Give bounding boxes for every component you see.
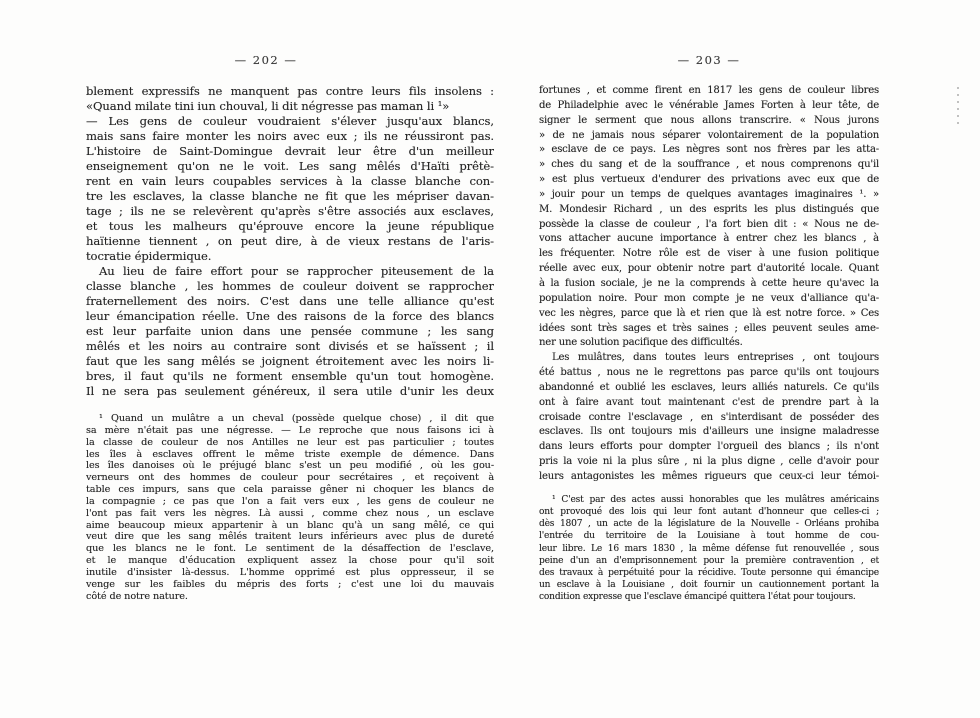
text-line: possède la classe de couleur , l'a fort … <box>539 218 879 233</box>
paragraph: blement expressifs ne manquent pas contr… <box>86 84 494 114</box>
text-line: enseignement qu'on ne le voit. Les sang … <box>86 159 494 174</box>
text-line: l'entrée du territoire de la Louisiane à… <box>539 530 879 542</box>
text-line: leurs antagonistes les mêmes rigueurs qu… <box>539 470 879 485</box>
page-203: — 203 — fortunes , et comme firent en 18… <box>539 53 879 603</box>
footnote-left: ¹ Quand un mulâtre a un cheval (possède … <box>86 413 494 603</box>
text-line: » jouir pour un temps de quelques avanta… <box>539 188 879 203</box>
text-line: tocratie épidermique. <box>86 249 494 264</box>
text-line: signer le serment que nous allons transc… <box>539 114 879 129</box>
scan-artifact <box>957 87 959 125</box>
page-202: — 202 — blement expressifs ne manquent p… <box>86 53 494 603</box>
paragraph: Les mulâtres, dans toutes leurs entrepri… <box>539 351 879 485</box>
text-line: tage ; ils ne se relevèrent qu'après s'ê… <box>86 204 494 219</box>
text-line: bres, il faut qu'ils ne forment ensemble… <box>86 369 494 384</box>
text-line: faut que les sang mêlés se joignent étro… <box>86 354 494 369</box>
text-line: aime beaucoup mieux appartenir à un blan… <box>86 520 494 532</box>
text-line: ont à faire avant tout maintenant c'est … <box>539 396 879 411</box>
text-line: » ches du sang et de la souffrance , et … <box>539 158 879 173</box>
text-line: esclaves. Ils ont toujours mis d'ailleur… <box>539 425 879 440</box>
text-line: vec les nègres, parce que là et rien que… <box>539 307 879 322</box>
text-line: les îles danoises où le préjugé blanc s'… <box>86 460 494 472</box>
text-line: leur émancipation réelle. Une des raison… <box>86 309 494 324</box>
text-line: abandonné et oublié les esclaves, leurs … <box>539 381 879 396</box>
text-line: condition expresse que l'esclave émancip… <box>539 591 879 603</box>
page-number-right: — 203 — <box>539 53 879 84</box>
text-line: peine d'un an d'emprisonnement pour la p… <box>539 555 879 567</box>
text-line: de Philadelphie avec le vénérable James … <box>539 99 879 114</box>
text-line: » de ne jamais nous séparer volontaireme… <box>539 129 879 144</box>
page-number-left: — 202 — <box>86 53 494 84</box>
paragraph: — Les gens de couleur voudraient s'éleve… <box>86 114 494 264</box>
main-text-left: blement expressifs ne manquent pas contr… <box>86 84 494 399</box>
text-line: blement expressifs ne manquent pas contr… <box>86 84 494 99</box>
text-line: ont provoqué des lois qui leur font auta… <box>539 506 879 518</box>
text-line: population noire. Pour mon compte je ne … <box>539 292 879 307</box>
text-line: croisade contre l'esclavage , en s'inter… <box>539 411 879 426</box>
text-line: été battus , nous ne le regrettons pas p… <box>539 366 879 381</box>
text-line: sa mère n'était pas une négresse. — Le r… <box>86 425 494 437</box>
text-line: Au lieu de faire effort pour se rapproch… <box>86 264 494 279</box>
text-line: veut dire que les sang mêlés traitent le… <box>86 531 494 543</box>
paragraph: Au lieu de faire effort pour se rapproch… <box>86 264 494 399</box>
book-scan-spread: — 202 — blement expressifs ne manquent p… <box>0 0 980 718</box>
text-line: des travaux à perpétuité pour la récidiv… <box>539 567 879 579</box>
text-line: fortunes , et comme firent en 1817 les g… <box>539 84 879 99</box>
text-line: fraternellement des noirs. C'est dans un… <box>86 294 494 309</box>
text-line: — Les gens de couleur voudraient s'éleve… <box>86 114 494 129</box>
text-line: réelle avec eux, pour obtenir notre part… <box>539 262 879 277</box>
footnote-right: ¹ C'est par des actes aussi honorables q… <box>539 494 879 604</box>
text-line: L'histoire de Saint-Domingue devrait leu… <box>86 144 494 159</box>
text-line: inutile d'insister là-dessus. L'homme op… <box>86 567 494 579</box>
text-line: table ces impurs, sans que cela paraisse… <box>86 484 494 496</box>
text-line: M. Mondesir Richard , un des esprits les… <box>539 203 879 218</box>
text-line: verneurs ont des hommes de couleur pour … <box>86 472 494 484</box>
text-line: que les blancs ne le font. Le sentiment … <box>86 543 494 555</box>
text-line: ¹ C'est par des actes aussi honorables q… <box>539 494 879 506</box>
text-line: » est plus vertueux d'endurer des privat… <box>539 173 879 188</box>
text-line: ¹ Quand un mulâtre a un cheval (possède … <box>86 413 494 425</box>
paragraph: fortunes , et comme firent en 1817 les g… <box>539 84 879 351</box>
text-line: les îles à esclaves offrent le même tris… <box>86 449 494 461</box>
text-line: et tous les malheurs qu'éprouve encore l… <box>86 219 494 234</box>
text-line: ner une solution pacifique des difficult… <box>539 336 879 351</box>
text-line: vons attacher aucune importance à entrer… <box>539 232 879 247</box>
text-line: et le manque d'éducation expliquent asse… <box>86 555 494 567</box>
text-line: » esclave de ce pays. Les nègres sont no… <box>539 143 879 158</box>
text-line: l'ont pas fait vers les nègres. Là aussi… <box>86 508 494 520</box>
text-line: venge sur les faibles du mépris des fort… <box>86 579 494 591</box>
text-line: la compagnie ; ce pas que l'on a fait ve… <box>86 496 494 508</box>
text-line: un esclave à la Louisiane , doit fournir… <box>539 579 879 591</box>
text-line: dès 1807 , un acte de la législature de … <box>539 518 879 530</box>
text-line: est leur parfaite union dans une pensée … <box>86 324 494 339</box>
paragraph: ¹ Quand un mulâtre a un cheval (possède … <box>86 413 494 603</box>
text-line: côté de notre nature. <box>86 591 494 603</box>
text-line: Les mulâtres, dans toutes leurs entrepri… <box>539 351 879 366</box>
text-line: leur libre. Le 16 mars 1830 , la même dé… <box>539 543 879 555</box>
text-line: idées sont très sages et très saines ; e… <box>539 322 879 337</box>
text-line: pris la voie ni la plus sûre , ni la plu… <box>539 455 879 470</box>
text-line: à la fusion sociale, je ne la comprends … <box>539 277 879 292</box>
text-line: «Quand milate tini iun chouval, li dit n… <box>86 99 494 114</box>
main-text-right: fortunes , et comme firent en 1817 les g… <box>539 84 879 485</box>
text-line: rent en vain leurs coupables services à … <box>86 174 494 189</box>
paragraph: ¹ C'est par des actes aussi honorables q… <box>539 494 879 604</box>
text-line: haïtienne tiennent , on peut dire, à de … <box>86 234 494 249</box>
text-line: les fréquenter. Notre rôle est de viser … <box>539 247 879 262</box>
text-line: mêlés et les noirs au contraire sont div… <box>86 339 494 354</box>
text-line: Il ne sera pas seulement généreux, il se… <box>86 384 494 399</box>
text-line: mais sans faire monter les noirs avec eu… <box>86 129 494 144</box>
text-line: classe blanche , les hommes de couleur d… <box>86 279 494 294</box>
text-line: la classe de couleur de nos Antilles ne … <box>86 437 494 449</box>
text-line: dans leurs efforts pour dompter l'orguei… <box>539 440 879 455</box>
text-line: tre les esclaves, la classe blanche ne f… <box>86 189 494 204</box>
